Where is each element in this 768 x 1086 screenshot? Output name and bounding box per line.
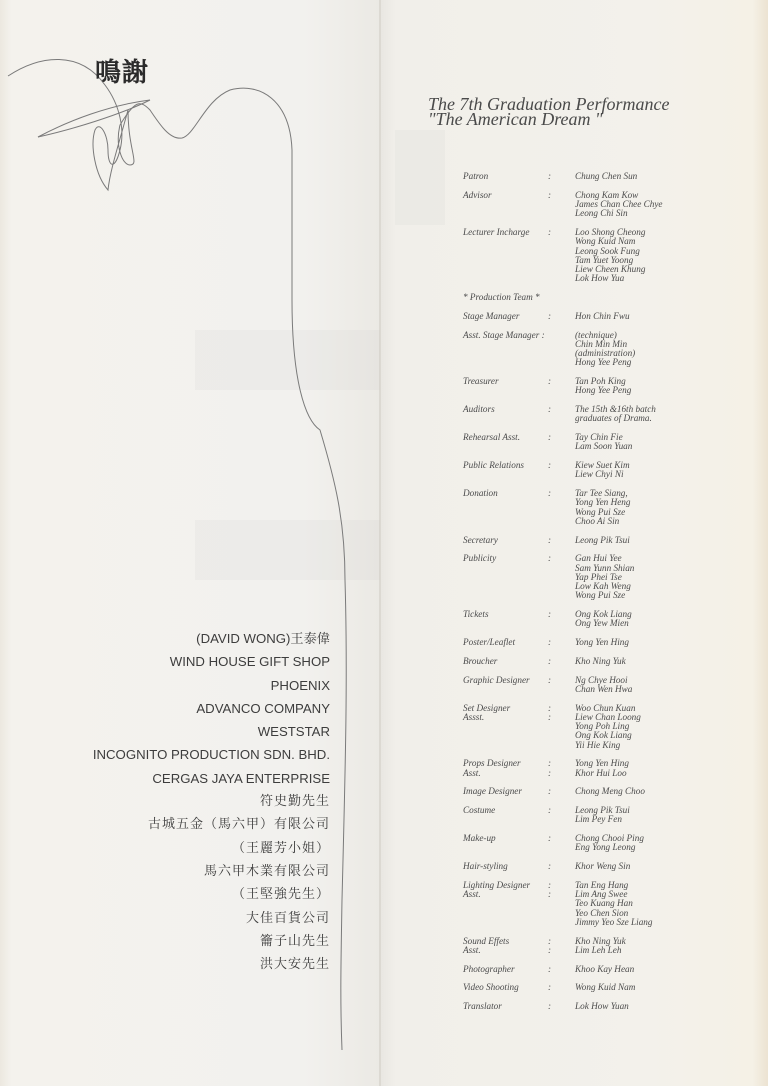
credit-row: Lecturer Incharge:Loo Shong CheongWong K… bbox=[463, 228, 703, 284]
credit-names: Lok How Yuan bbox=[575, 1002, 703, 1011]
performance-title-line2: "The American Dream " bbox=[428, 112, 669, 127]
sponsor-item: PHOENIX bbox=[93, 674, 330, 697]
credit-colon: : bbox=[548, 1002, 575, 1011]
credit-names: Yong Yen HingKhor Hui Loo bbox=[575, 759, 703, 778]
credit-names: Kiew Suet KimLiew Chyi Ni bbox=[575, 461, 703, 480]
credit-names: Wong Kuid Nam bbox=[575, 983, 703, 992]
credit-colon: : bbox=[548, 536, 575, 545]
credit-role: Image Designer bbox=[463, 787, 548, 796]
performance-title: The 7th Graduation Performance "The Amer… bbox=[428, 97, 669, 127]
sponsor-item: （王麗芳小姐） bbox=[93, 837, 330, 860]
credit-role: Hair-styling bbox=[463, 862, 548, 871]
credit-colon: :: bbox=[548, 937, 575, 956]
credit-role: Advisor bbox=[463, 191, 548, 219]
credit-role: Sound EffetsAsst. bbox=[463, 937, 548, 956]
credit-colon: : bbox=[548, 657, 575, 666]
credit-role: Video Shooting bbox=[463, 983, 548, 992]
credit-colon: : bbox=[548, 461, 575, 480]
credit-row: Graphic Designer:Ng Chye HooiChan Wen Hw… bbox=[463, 676, 703, 695]
sponsor-item: WESTSTAR bbox=[93, 720, 330, 743]
credit-row: Sound EffetsAsst.::Kho Ning YukLim Leh L… bbox=[463, 937, 703, 956]
credit-names: Ng Chye HooiChan Wen Hwa bbox=[575, 676, 703, 695]
credit-names: Tay Chin FieLam Soon Yuan bbox=[575, 433, 703, 452]
credit-role: Costume bbox=[463, 806, 548, 825]
credit-names: Yong Yen Hing bbox=[575, 638, 703, 647]
credit-row: Advisor:Chong Kam KowJames Chan Chee Chy… bbox=[463, 191, 703, 219]
credit-row: Tickets:Ong Kok LiangOng Yew Mien bbox=[463, 610, 703, 629]
credit-role: Treasurer bbox=[463, 377, 548, 396]
credit-colon: :: bbox=[548, 704, 575, 750]
credit-role: Rehearsal Asst. bbox=[463, 433, 548, 452]
credit-row: Translator:Lok How Yuan bbox=[463, 1002, 703, 1011]
credit-names: Tan Eng HangLim Ang SweeTeo Kuang HanYeo… bbox=[575, 881, 703, 927]
bleed-through-block bbox=[395, 130, 445, 225]
sponsor-item: 籥子山先生 bbox=[93, 930, 330, 953]
credit-role: Props DesignerAsst. bbox=[463, 759, 548, 778]
credit-role: Donation bbox=[463, 489, 548, 526]
sponsor-item: 洪大安先生 bbox=[93, 953, 330, 976]
credit-row: Public Relations:Kiew Suet KimLiew Chyi … bbox=[463, 461, 703, 480]
sponsor-item: INCOGNITO PRODUCTION SDN. BHD. bbox=[93, 743, 330, 766]
credit-names: Chong Meng Choo bbox=[575, 787, 703, 796]
credit-colon: : bbox=[548, 228, 575, 284]
credit-names: Ong Kok LiangOng Yew Mien bbox=[575, 610, 703, 629]
credit-colon: : bbox=[548, 806, 575, 825]
credit-row: Image Designer:Chong Meng Choo bbox=[463, 787, 703, 796]
credit-row: Props DesignerAsst.::Yong Yen HingKhor H… bbox=[463, 759, 703, 778]
credit-colon: :: bbox=[548, 881, 575, 927]
credit-role: Broucher bbox=[463, 657, 548, 666]
credit-colon: : bbox=[548, 638, 575, 647]
credit-colon: : bbox=[548, 191, 575, 219]
credit-row: Broucher:Kho Ning Yuk bbox=[463, 657, 703, 666]
credit-colon: : bbox=[548, 862, 575, 871]
credit-role: Poster/Leaflet bbox=[463, 638, 548, 647]
bleed-through-block bbox=[195, 330, 380, 390]
credit-names: (technique)Chin Min Min(administration)H… bbox=[575, 331, 703, 368]
credit-colon: : bbox=[548, 554, 575, 600]
credit-role: Public Relations bbox=[463, 461, 548, 480]
credit-row: Publicity:Gan Hui YeeSam Yunn ShianYap P… bbox=[463, 554, 703, 600]
credit-role: Patron bbox=[463, 172, 548, 181]
credit-role: Set DesignerAssst. bbox=[463, 704, 548, 750]
credit-names: Khoo Kay Hean bbox=[575, 965, 703, 974]
credit-names: Gan Hui YeeSam Yunn ShianYap Phei TseLow… bbox=[575, 554, 703, 600]
sponsor-list: (DAVID WONG)王泰偉WIND HOUSE GIFT SHOPPHOEN… bbox=[93, 627, 330, 976]
credit-role: Secretary bbox=[463, 536, 548, 545]
credit-role: Graphic Designer bbox=[463, 676, 548, 695]
credit-colon: : bbox=[548, 676, 575, 695]
credit-colon: : bbox=[548, 405, 575, 424]
credit-colon: : bbox=[548, 983, 575, 992]
credit-row: Hair-styling:Khor Weng Sin bbox=[463, 862, 703, 871]
credit-names: Kho Ning Yuk bbox=[575, 657, 703, 666]
credit-row: Asst. Stage Manager : (technique)Chin Mi… bbox=[463, 331, 703, 368]
credit-row: Lighting DesignerAsst.::Tan Eng HangLim … bbox=[463, 881, 703, 927]
credit-row: Rehearsal Asst.:Tay Chin FieLam Soon Yua… bbox=[463, 433, 703, 452]
credit-names: Chong Chooi PingEng Yong Leong bbox=[575, 834, 703, 853]
credit-names: Leong Pik TsuiLim Pey Fen bbox=[575, 806, 703, 825]
credit-row: Photographer:Khoo Kay Hean bbox=[463, 965, 703, 974]
credit-colon: : bbox=[548, 489, 575, 526]
sponsor-item: 大佳百貨公司 bbox=[93, 907, 330, 930]
bleed-through-block bbox=[195, 520, 380, 580]
credit-colon: : bbox=[548, 965, 575, 974]
credit-names: Chung Chen Sun bbox=[575, 172, 703, 181]
credit-row: Treasurer:Tan Poh KingHong Yee Peng bbox=[463, 377, 703, 396]
credit-row: Secretary:Leong Pik Tsui bbox=[463, 536, 703, 545]
sponsor-item: 馬六甲木業有限公司 bbox=[93, 860, 330, 883]
credit-colon: : bbox=[548, 312, 575, 321]
credit-role: Asst. Stage Manager : bbox=[463, 331, 548, 368]
credit-names: Leong Pik Tsui bbox=[575, 536, 703, 545]
credit-role: Lighting DesignerAsst. bbox=[463, 881, 548, 927]
credits-list: Patron:Chung Chen SunAdvisor:Chong Kam K… bbox=[463, 172, 703, 1021]
credit-row: Donation:Tar Tee Siang,Yong Yen HengWong… bbox=[463, 489, 703, 526]
credit-colon: : bbox=[548, 787, 575, 796]
credit-colon: : bbox=[548, 834, 575, 853]
credit-row: Make-up:Chong Chooi PingEng Yong Leong bbox=[463, 834, 703, 853]
credit-colon bbox=[548, 331, 575, 368]
production-team-heading: * Production Team * bbox=[463, 293, 703, 302]
credit-names: Tan Poh KingHong Yee Peng bbox=[575, 377, 703, 396]
credit-names: Loo Shong CheongWong Kuid NamLeong Sook … bbox=[575, 228, 703, 284]
credit-row: Stage Manager:Hon Chin Fwu bbox=[463, 312, 703, 321]
credit-role: Photographer bbox=[463, 965, 548, 974]
credit-row: Set DesignerAssst.::Woo Chun KuanLiew Ch… bbox=[463, 704, 703, 750]
sponsor-item: (DAVID WONG)王泰偉 bbox=[93, 627, 330, 650]
credit-row: Video Shooting:Wong Kuid Nam bbox=[463, 983, 703, 992]
sponsor-item: CERGAS JAYA ENTERPRISE bbox=[93, 767, 330, 790]
sponsor-item: ADVANCO COMPANY bbox=[93, 697, 330, 720]
credit-colon: : bbox=[548, 377, 575, 396]
credit-names: Tar Tee Siang,Yong Yen HengWong Pui SzeC… bbox=[575, 489, 703, 526]
credit-role: Auditors bbox=[463, 405, 548, 424]
acknowledgements-title: 鳴謝 bbox=[95, 52, 149, 89]
sponsor-item: 古城五金（馬六甲）有限公司 bbox=[93, 813, 330, 836]
credit-row: Costume:Leong Pik TsuiLim Pey Fen bbox=[463, 806, 703, 825]
credit-names: Chong Kam KowJames Chan Chee ChyeLeong C… bbox=[575, 191, 703, 219]
credit-row: Poster/Leaflet:Yong Yen Hing bbox=[463, 638, 703, 647]
credit-role: Stage Manager bbox=[463, 312, 548, 321]
credit-colon: :: bbox=[548, 759, 575, 778]
sponsor-item: WIND HOUSE GIFT SHOP bbox=[93, 650, 330, 673]
sponsor-item: 符史勤先生 bbox=[93, 790, 330, 813]
credit-row: Auditors:The 15th &16th batchgraduates o… bbox=[463, 405, 703, 424]
credit-colon: : bbox=[548, 172, 575, 181]
credit-names: The 15th &16th batchgraduates of Drama. bbox=[575, 405, 703, 424]
credit-row: Patron:Chung Chen Sun bbox=[463, 172, 703, 181]
credit-role: Translator bbox=[463, 1002, 548, 1011]
credit-names: Hon Chin Fwu bbox=[575, 312, 703, 321]
credit-names: Woo Chun KuanLiew Chan LoongYong Poh Lin… bbox=[575, 704, 703, 750]
credit-colon: : bbox=[548, 433, 575, 452]
credit-names: Khor Weng Sin bbox=[575, 862, 703, 871]
sponsor-item: （王堅強先生） bbox=[93, 883, 330, 906]
credit-role: Publicity bbox=[463, 554, 548, 600]
credit-names: Kho Ning YukLim Leh Leh bbox=[575, 937, 703, 956]
credit-role: Tickets bbox=[463, 610, 548, 629]
credit-role: Make-up bbox=[463, 834, 548, 853]
credit-role: Lecturer Incharge bbox=[463, 228, 548, 284]
credit-colon: : bbox=[548, 610, 575, 629]
